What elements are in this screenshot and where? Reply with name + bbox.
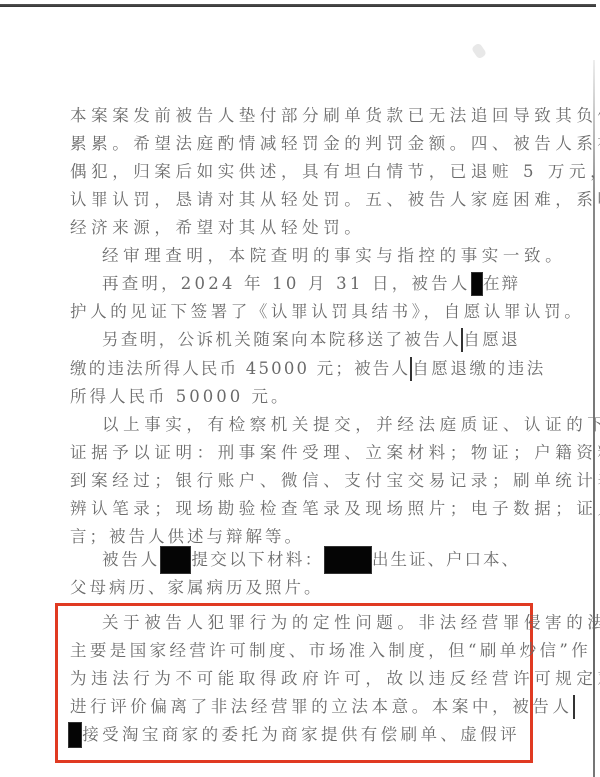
text-segment: 在辩 <box>483 271 520 297</box>
text-segment: 所得人民币 50000 元。 <box>70 384 290 410</box>
text-line: 经审理查明，本院查明的事实与指控的事实一致。 <box>102 243 520 269</box>
text-line: 进行评价偏离了非法经营罪的立法本意。本案中，被告人 <box>70 694 522 720</box>
text-segment: 辨认笔录；现场勘验检查笔录及现场照片；电子数据；证人证 <box>70 496 600 522</box>
redaction-box <box>68 722 82 748</box>
text-line: 缴的违法所得人民币 45000 元；被告人 自愿退缴的违法 <box>70 356 520 382</box>
text-segment: 偶犯，归案后如实供述，具有坦白情节，已退赃 5 万元，且已 <box>70 159 600 185</box>
text-line: 本案案发前被告人垫付部分刷单货款已无法追回导致其负债 <box>70 103 520 129</box>
text-line: 辨认笔录；现场勘验检查笔录及现场照片；电子数据；证人证 <box>70 496 520 522</box>
text-line: 所得人民币 50000 元。 <box>70 384 520 410</box>
text-segment: 提交以下材料： <box>191 547 323 573</box>
text-segment: 经济来源，希望对其从轻处罚。 <box>70 215 365 241</box>
text-segment: 接受淘宝商家的委托为商家提供有偿刷单、虚假评 <box>82 722 520 748</box>
text-segment: 自愿退 <box>463 327 520 353</box>
text-line: 为违法行为不可能取得政府许可，故以违反经营许可规定对其 <box>70 666 520 692</box>
redaction-box <box>160 546 192 574</box>
text-line: 接受淘宝商家的委托为商家提供有偿刷单、虚假评 <box>68 722 520 748</box>
text-line: 父母病历、家属病历及照片。 <box>70 575 520 601</box>
redaction-box <box>573 695 575 719</box>
text-segment: 到案经过；银行账户、微信、支付宝交易记录；刷单统计表； <box>70 468 600 494</box>
text-segment: 父母病历、家属病历及照片。 <box>70 575 324 601</box>
text-segment: 缴的违法所得人民币 45000 元；被告人 <box>70 356 410 382</box>
text-line: 累累。希望法庭酌情减轻罚金的判罚金额。四、被告人系初犯、 <box>70 131 520 157</box>
text-line: 认罪认罚，恳请对其从轻处罚。五、被告人家庭困难，系唯一 <box>70 187 520 213</box>
text-segment: 被告人 <box>102 547 160 573</box>
text-line: 主要是国家经营许可制度、市场准入制度，但“刷单炒信”作 <box>70 638 520 664</box>
text-line: 偶犯，归案后如实供述，具有坦白情节，已退赃 5 万元，且已 <box>70 159 520 185</box>
document-page: 本案案发前被告人垫付部分刷单货款已无法追回导致其负债 累累。希望法庭酌情减轻罚金… <box>0 0 600 777</box>
text-line: 再查明，2024 年 10 月 31 日，被告人 在辩 <box>102 271 520 297</box>
text-segment: 主要是国家经营许可制度、市场准入制度，但“刷单炒信”作 <box>70 638 591 664</box>
text-line: 另查明，公诉机关随案向本院移送了被告人 自愿退 <box>102 327 520 353</box>
text-line: 被告人 提交以下材料： 出生证、户口本、 <box>102 547 520 573</box>
text-line: 关于被告人犯罪行为的定性问题。非法经营罪侵害的法益 <box>102 610 520 636</box>
scan-smudge <box>471 42 487 59</box>
redaction-box <box>471 272 483 296</box>
text-line: 经济来源，希望对其从轻处罚。 <box>70 215 520 241</box>
text-segment: 关于被告人犯罪行为的定性问题。非法经营罪侵害的法益 <box>102 610 600 636</box>
text-segment: 护人的见证下签署了《认罪认罚具结书》，自愿认罪认罚。 <box>70 299 584 325</box>
text-segment: 累累。希望法庭酌情减轻罚金的判罚金额。四、被告人系初犯、 <box>70 131 600 157</box>
text-line: 证据予以证明：刑事案件受理、立案材料；物证；户籍资料； <box>70 440 520 466</box>
text-segment: 出生证、户口本、 <box>372 547 520 573</box>
text-segment: 自愿退缴的违法 <box>412 356 546 382</box>
text-line: 护人的见证下签署了《认罪认罚具结书》，自愿认罪认罚。 <box>70 299 510 325</box>
redaction-box <box>324 546 372 574</box>
scan-top-edge <box>0 4 596 7</box>
text-segment: 再查明，2024 年 10 月 31 日，被告人 <box>102 271 471 297</box>
text-line: 以上事实，有检察机关提交，并经法庭质证、认证的下列 <box>102 412 520 438</box>
text-segment: 本案案发前被告人垫付部分刷单货款已无法追回导致其负债 <box>70 103 600 129</box>
text-line: 到案经过；银行账户、微信、支付宝交易记录；刷单统计表； <box>70 468 520 494</box>
text-segment: 进行评价偏离了非法经营罪的立法本意。本案中，被告人 <box>70 694 573 720</box>
text-segment: 证据予以证明：刑事案件受理、立案材料；物证；户籍资料； <box>70 440 600 466</box>
text-segment: 认罪认罚，恳请对其从轻处罚。五、被告人家庭困难，系唯一 <box>70 187 600 213</box>
text-segment: 另查明，公诉机关随案向本院移送了被告人 <box>102 327 461 353</box>
text-segment: 为违法行为不可能取得政府许可，故以违反经营许可规定对其 <box>70 666 600 692</box>
text-segment: 以上事实，有检察机关提交，并经法庭质证、认证的下列 <box>102 412 600 438</box>
text-segment: 经审理查明，本院查明的事实与指控的事实一致。 <box>102 243 566 269</box>
